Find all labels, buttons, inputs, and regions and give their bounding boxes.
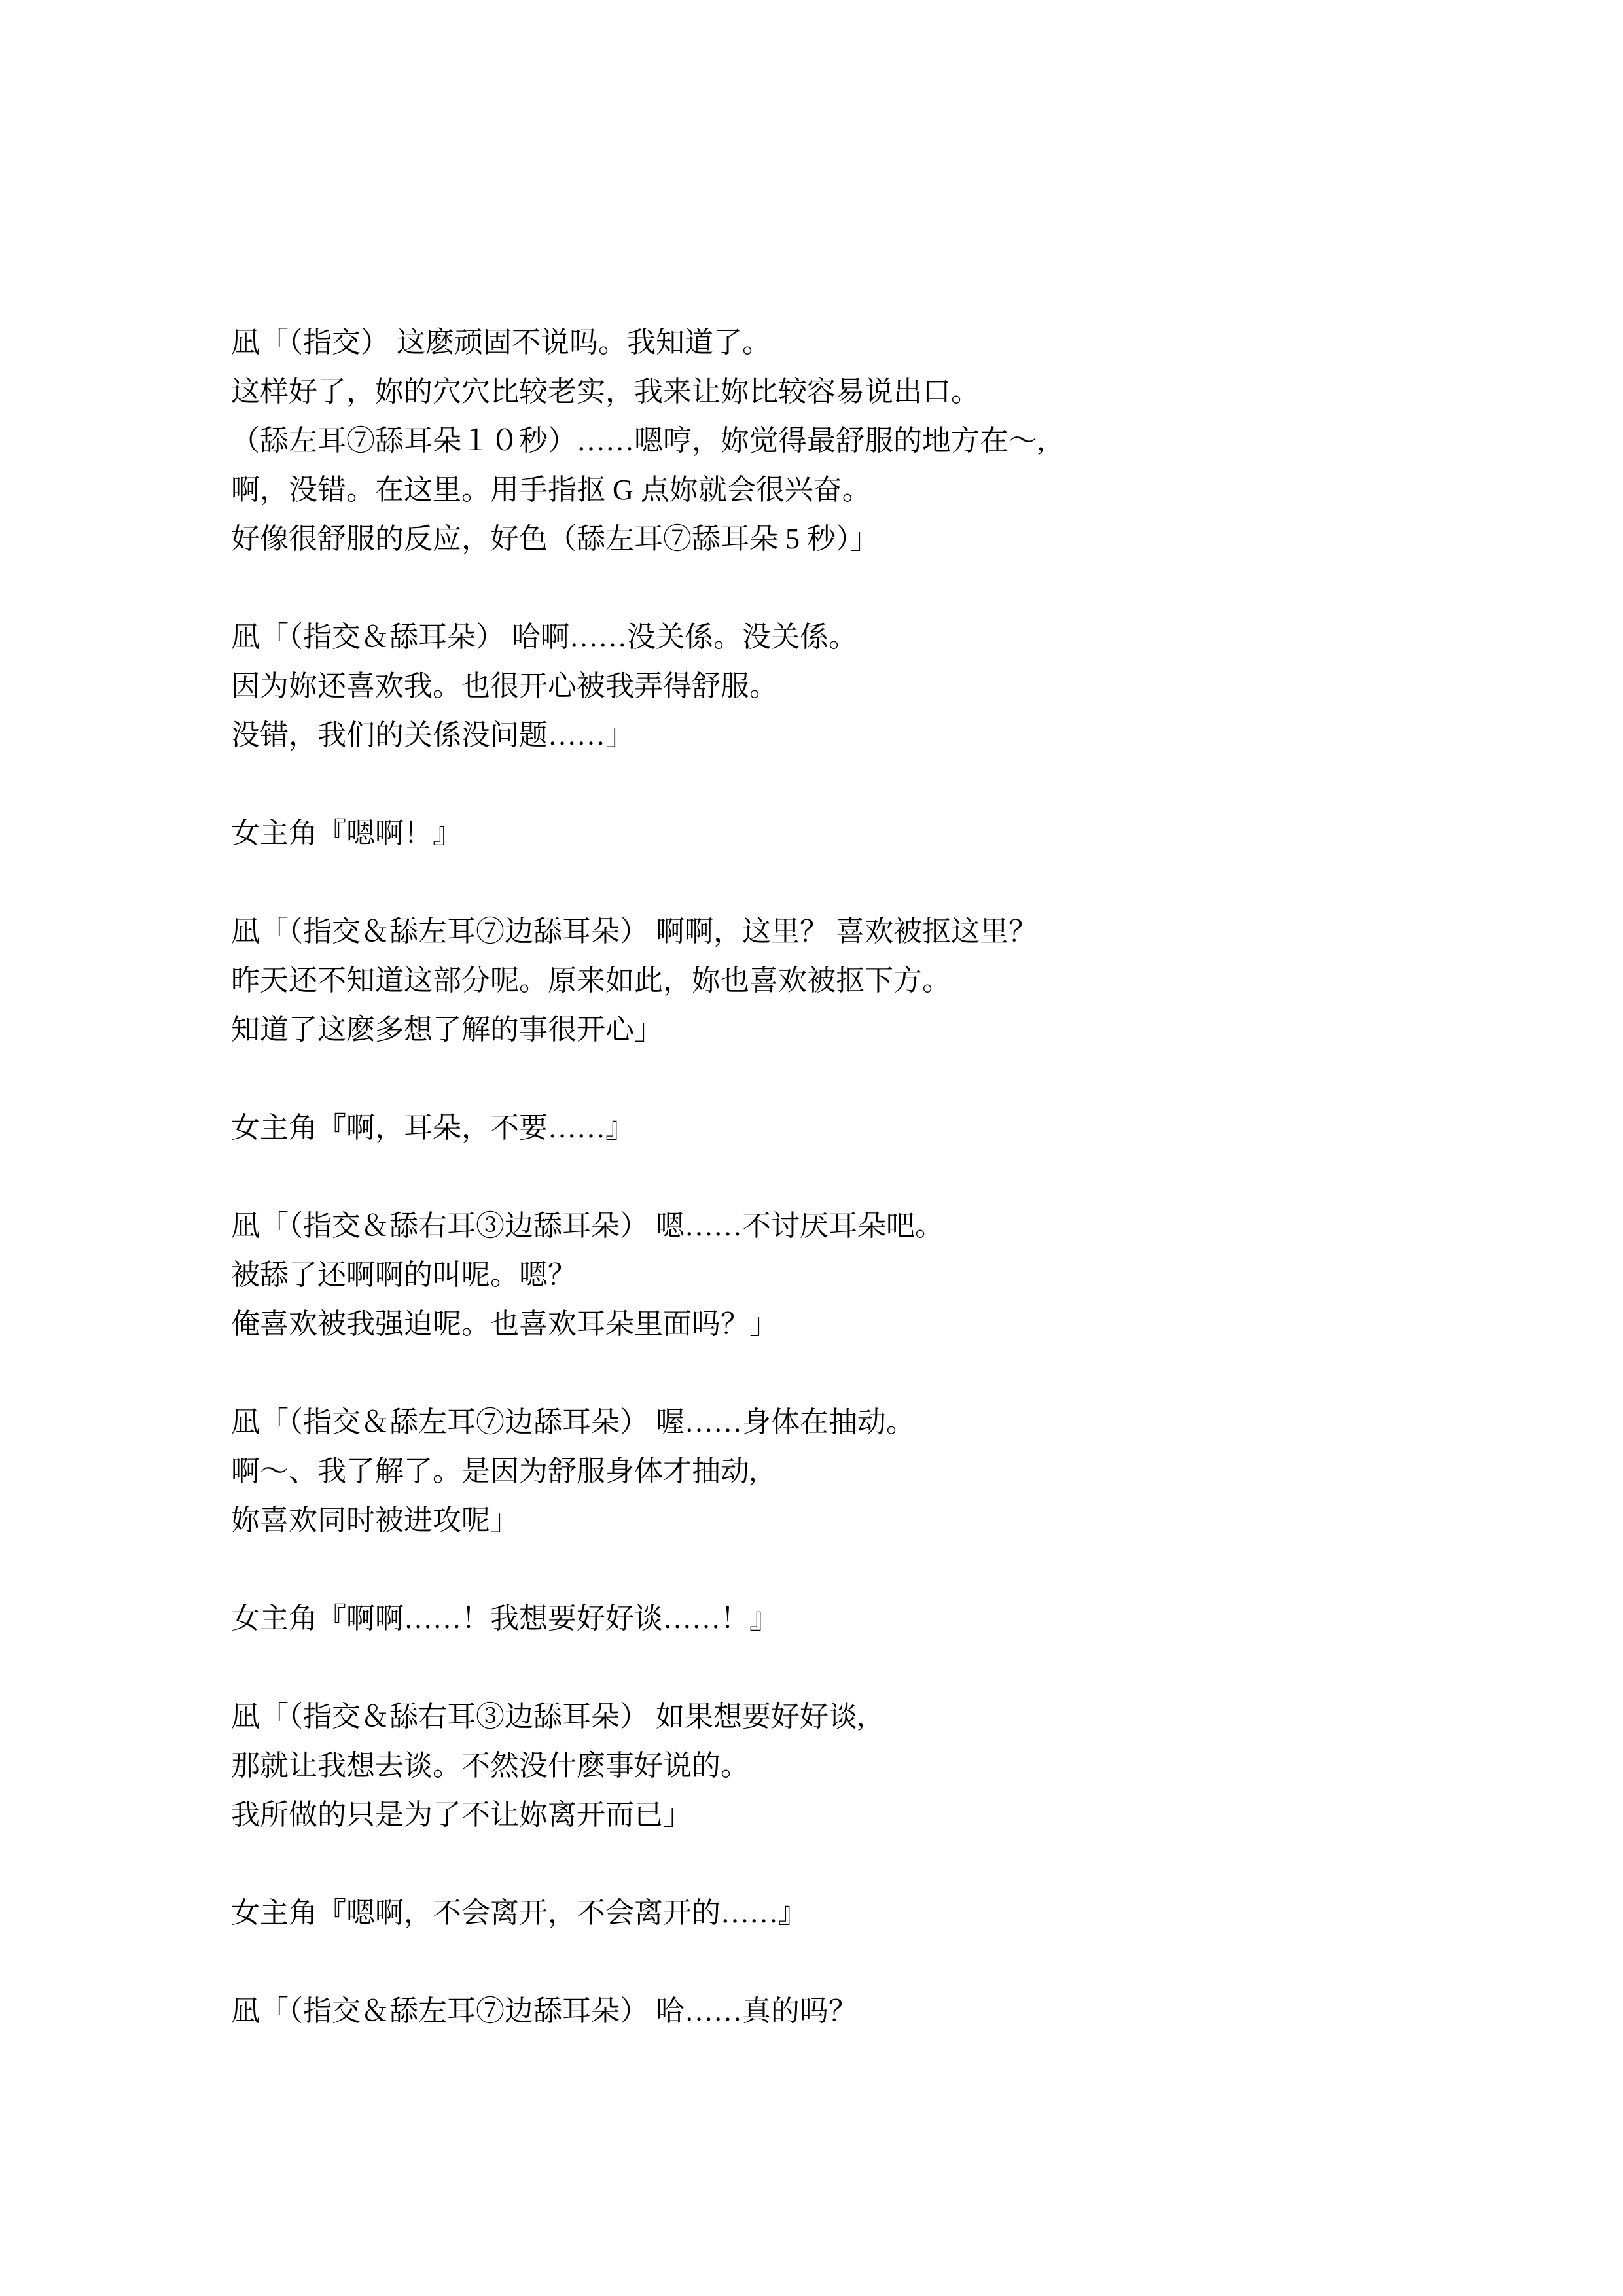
text-line: 凪「（指交＆舔左耳⑦边舔耳朵） 哈……真的吗？ — [231, 1987, 1044, 2036]
text-line: 被舔了还啊啊的叫呢。嗯？ — [231, 1250, 1044, 1299]
text-line: 俺喜欢被我强迫呢。也喜欢耳朵里面吗？」 — [231, 1299, 1044, 1349]
paragraph: 女主角『嗯啊！』 — [231, 809, 1044, 858]
text-line: 知道了这麽多想了解的事很开心」 — [231, 1005, 1044, 1054]
paragraph: 凪「（指交＆舔耳朵） 哈啊……没关係。没关係。 因为妳还喜欢我。也很开心被我弄得… — [231, 612, 1044, 760]
paragraph: 凪「（指交＆舔左耳⑦边舔耳朵） 哈……真的吗？ — [231, 1987, 1044, 2036]
text-line: 妳喜欢同时被进攻呢」 — [231, 1496, 1044, 1545]
text-line: 我所做的只是为了不让妳离开而已」 — [231, 1790, 1044, 1839]
text-line: 凪「（指交） 这麽顽固不说吗。我知道了。 — [231, 318, 1044, 367]
text-line: 凪「（指交＆舔左耳⑦边舔耳朵） 喔……身体在抽动。 — [231, 1398, 1044, 1447]
text-line: 女主角『嗯啊，不会离开，不会离开的……』 — [231, 1888, 1044, 1937]
paragraph: 女主角『啊啊……！我想要好好谈……！』 — [231, 1594, 1044, 1643]
text-line: 女主角『嗯啊！』 — [231, 809, 1044, 858]
paragraph: 女主角『啊，耳朵，不要……』 — [231, 1103, 1044, 1152]
text-block: 凪「（指交） 这麽顽固不说吗。我知道了。 这样好了，妳的穴穴比较老实，我来让妳比… — [231, 318, 1044, 2036]
text-line: 那就让我想去谈。不然没什麽事好说的。 — [231, 1741, 1044, 1790]
text-line: 凪「（指交＆舔右耳③边舔耳朵） 如果想要好好谈, — [231, 1692, 1044, 1741]
text-line: 好像很舒服的反应，好色（舔左耳⑦舔耳朵 5 秒）」 — [231, 514, 1044, 563]
paragraph: 凪「（指交＆舔右耳③边舔耳朵） 如果想要好好谈, 那就让我想去谈。不然没什麽事好… — [231, 1692, 1044, 1839]
paragraph: 凪「（指交） 这麽顽固不说吗。我知道了。 这样好了，妳的穴穴比较老实，我来让妳比… — [231, 318, 1044, 563]
text-line: 女主角『啊啊……！我想要好好谈……！』 — [231, 1594, 1044, 1643]
text-line: 凪「（指交＆舔耳朵） 哈啊……没关係。没关係。 — [231, 612, 1044, 662]
text-line: 啊～、我了解了。是因为舒服身体才抽动, — [231, 1447, 1044, 1496]
text-line: 凪「（指交＆舔右耳③边舔耳朵） 嗯……不讨厌耳朵吧。 — [231, 1201, 1044, 1250]
text-line: （舔左耳⑦舔耳朵１０秒）……嗯哼，妳觉得最舒服的地方在～, — [231, 416, 1044, 465]
paragraph: 凪「（指交＆舔右耳③边舔耳朵） 嗯……不讨厌耳朵吧。 被舔了还啊啊的叫呢。嗯？ … — [231, 1201, 1044, 1349]
paragraph: 女主角『嗯啊，不会离开，不会离开的……』 — [231, 1888, 1044, 1937]
text-line: 这样好了，妳的穴穴比较老实，我来让妳比较容易说出口。 — [231, 367, 1044, 416]
text-line: 凪「（指交＆舔左耳⑦边舔耳朵） 啊啊，这里？ 喜欢被抠这里？ — [231, 907, 1044, 956]
text-line: 没错，我们的关係没问题……」 — [231, 711, 1044, 760]
document-page: 凪「（指交） 这麽顽固不说吗。我知道了。 这样好了，妳的穴穴比较老实，我来让妳比… — [0, 0, 1623, 2296]
paragraph: 凪「（指交＆舔左耳⑦边舔耳朵） 喔……身体在抽动。 啊～、我了解了。是因为舒服身… — [231, 1398, 1044, 1545]
paragraph: 凪「（指交＆舔左耳⑦边舔耳朵） 啊啊，这里？ 喜欢被抠这里？ 昨天还不知道这部分… — [231, 907, 1044, 1054]
text-line: 因为妳还喜欢我。也很开心被我弄得舒服。 — [231, 662, 1044, 711]
text-line: 女主角『啊，耳朵，不要……』 — [231, 1103, 1044, 1152]
text-line: 昨天还不知道这部分呢。原来如此，妳也喜欢被抠下方。 — [231, 956, 1044, 1005]
text-line: 啊，没错。在这里。用手指抠 G 点妳就会很兴奋。 — [231, 465, 1044, 514]
